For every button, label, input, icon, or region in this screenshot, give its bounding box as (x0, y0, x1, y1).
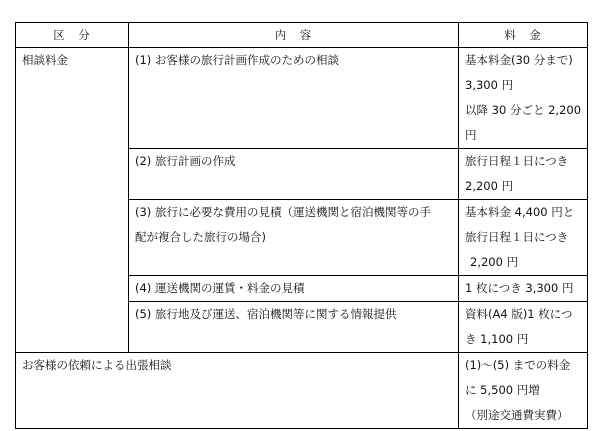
fee-line: （別途交通費実費） (465, 403, 581, 428)
category-label: 相談料金 (22, 48, 122, 73)
fee-line: 資料(A4 版)1 枚につ (465, 302, 581, 327)
fee-cell: 基本料金 4,400 円と 旅行日程１日につき 2,200 円 (459, 200, 588, 276)
fee-line: 基本料金(30 分まで) (465, 48, 581, 73)
fee-line: 3,300 円 (465, 73, 581, 98)
fee-line: 旅行日程１日につき (465, 225, 581, 250)
content-cell: (2) 旅行計画の作成 (129, 149, 459, 200)
content-line: (3) 旅行に必要な費用の見積（運送機関と宿泊機関等の手 (135, 200, 452, 225)
fee-table: 区 分 内 容 料 金 相談料金 (1) お客様の旅行計画作成のための相談 基本… (15, 22, 588, 429)
fee-line: 以降 30 分ごと 2,200 (465, 98, 581, 123)
content-line: (5) 旅行地及び運送、宿泊機関等に関する情報提供 (135, 302, 452, 327)
content-cell: (4) 運送機関の運賃・料金の見積 (129, 276, 459, 302)
fee-line: 旅行日程１日につき (465, 149, 581, 174)
business-trip-label: お客様の依頼による出張相談 (22, 353, 452, 378)
header-fee: 料 金 (459, 23, 588, 48)
fee-line: き 1,100 円 (465, 327, 581, 352)
header-content: 内 容 (129, 23, 459, 48)
category-cell: 相談料金 (16, 48, 129, 353)
content-line: (1) お客様の旅行計画作成のための相談 (135, 48, 452, 73)
fee-cell: 旅行日程１日につき 2,200 円 (459, 149, 588, 200)
fee-cell: 1 枚につき 3,300 円 (459, 276, 588, 302)
table-row: お客様の依頼による出張相談 (1)～(5) までの料金 に 5,500 円増 （… (16, 353, 588, 429)
content-cell: (5) 旅行地及び運送、宿泊機関等に関する情報提供 (129, 302, 459, 353)
fee-cell: 基本料金(30 分まで) 3,300 円 以降 30 分ごと 2,200 円 (459, 48, 588, 149)
content-line: (4) 運送機関の運賃・料金の見積 (135, 276, 452, 301)
content-line: 配が複合した旅行の場合) (135, 225, 452, 250)
content-cell: (3) 旅行に必要な費用の見積（運送機関と宿泊機関等の手 配が複合した旅行の場合… (129, 200, 459, 276)
table-row: 相談料金 (1) お客様の旅行計画作成のための相談 基本料金(30 分まで) 3… (16, 48, 588, 149)
header-row: 区 分 内 容 料 金 (16, 23, 588, 48)
fee-cell: 資料(A4 版)1 枚につ き 1,100 円 (459, 302, 588, 353)
fee-line: (1)～(5) までの料金 (465, 353, 581, 378)
content-cell: (1) お客様の旅行計画作成のための相談 (129, 48, 459, 149)
fee-line: 2,200 円 (465, 250, 581, 275)
fee-line: に 5,500 円増 (465, 378, 581, 403)
header-category: 区 分 (16, 23, 129, 48)
fee-line: 基本料金 4,400 円と (465, 200, 581, 225)
fee-line: 1 枚につき 3,300 円 (465, 276, 581, 301)
fee-line: 円 (465, 123, 581, 148)
fee-cell: (1)～(5) までの料金 に 5,500 円増 （別途交通費実費） (459, 353, 588, 429)
fee-line: 2,200 円 (465, 174, 581, 199)
content-line: (2) 旅行計画の作成 (135, 149, 452, 174)
business-trip-cell: お客様の依頼による出張相談 (16, 353, 459, 429)
